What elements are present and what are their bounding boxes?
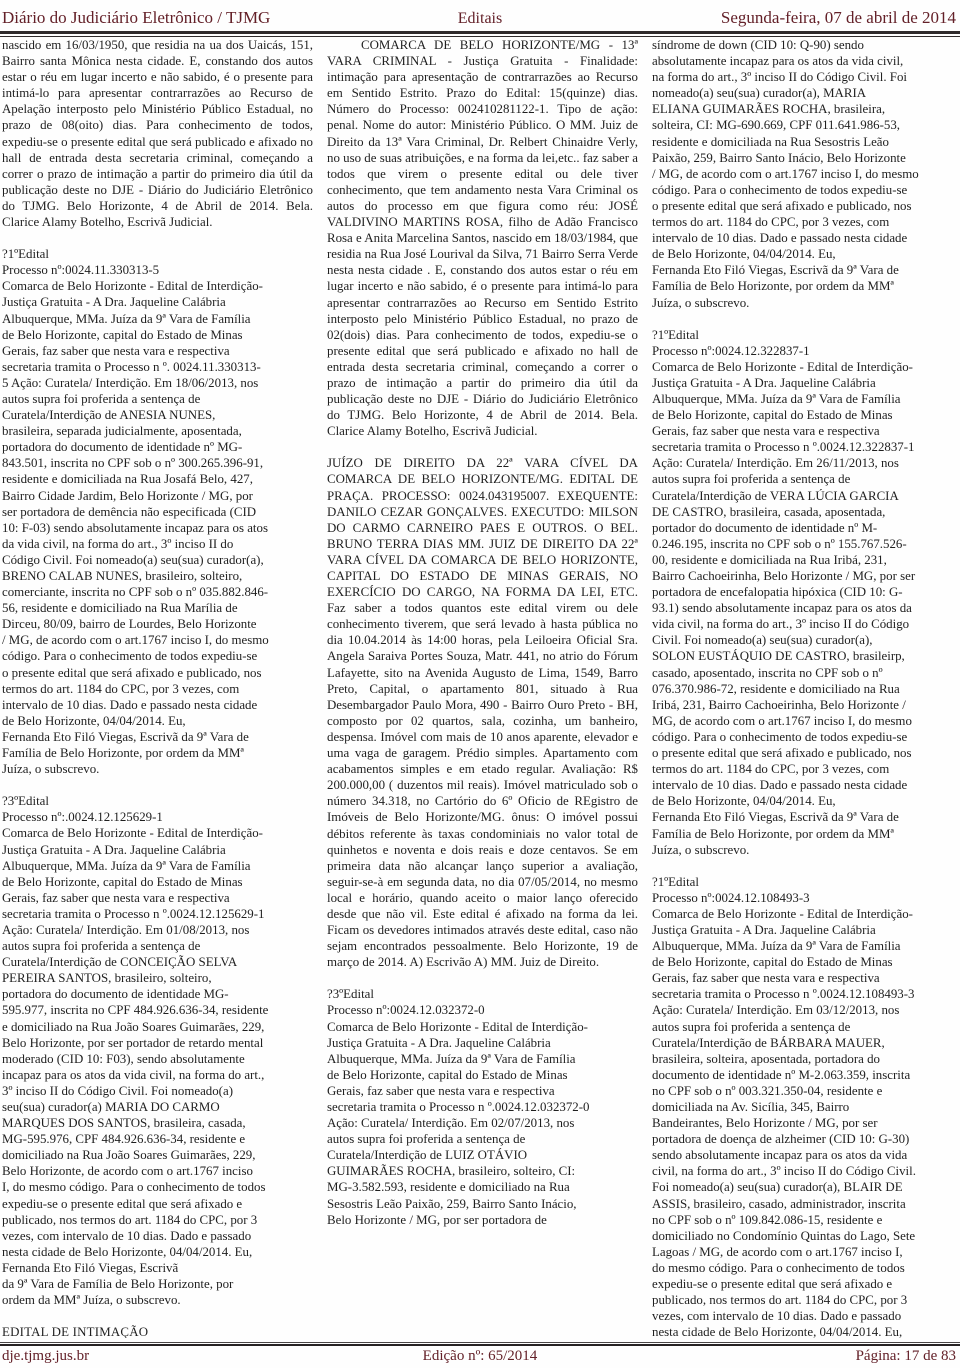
edital-13-vara-criminal: COMARCA DE BELO HORIZONTE/MG - 13ª VARA … (327, 37, 638, 439)
column-3: síndrome de down (CID 10: Q-90) sendo ab… (652, 37, 956, 1338)
page-footer: dje.tjmg.jus.br Edição nº: 65/2014 Págin… (0, 1346, 960, 1368)
gazette-page: Diário do Judiciário Eletrônico / TJMG E… (0, 0, 960, 1368)
footer-edition: Edição nº: 65/2014 (0, 1348, 960, 1365)
column-1: nascido em 16/03/1950, que residia na ua… (2, 37, 313, 1338)
edital-continuation-text: nascido em 16/03/1950, que residia na ua… (2, 37, 313, 230)
section-title: Editais (0, 10, 960, 28)
page-header: Diário do Judiciário Eletrônico / TJMG E… (0, 0, 960, 30)
section-heading-intimacao: EDITAL DE INTIMAÇÃO (2, 1324, 313, 1338)
edital-praca-22-vara-civel: JUÍZO DE DIREITO DA 22ª VARA CÍVEL DA CO… (327, 455, 638, 970)
edital-interdicao-330313: ?1ºEdital Processo nº:0024.11.330313-5 C… (2, 246, 313, 777)
column-2: COMARCA DE BELO HORIZONTE/MG - 13ª VARA … (327, 37, 638, 1338)
edital-interdicao-322837: ?1ºEdital Processo nº:0024.12.322837-1 C… (652, 327, 956, 858)
edital-interdicao-108493: ?1ºEdital Processo nº:0024.12.108493-3 C… (652, 874, 956, 1338)
edital-continuation-text: síndrome de down (CID 10: Q-90) sendo ab… (652, 37, 956, 311)
edital-interdicao-125629: ?3ºEdital Processo nº:.0024.12.125629-1 … (2, 793, 313, 1308)
edital-interdicao-032372: ?3ºEdital Processo nº:0024.12.032372-0 C… (327, 986, 638, 1227)
editais-content: nascido em 16/03/1950, que residia na ua… (2, 37, 956, 1338)
